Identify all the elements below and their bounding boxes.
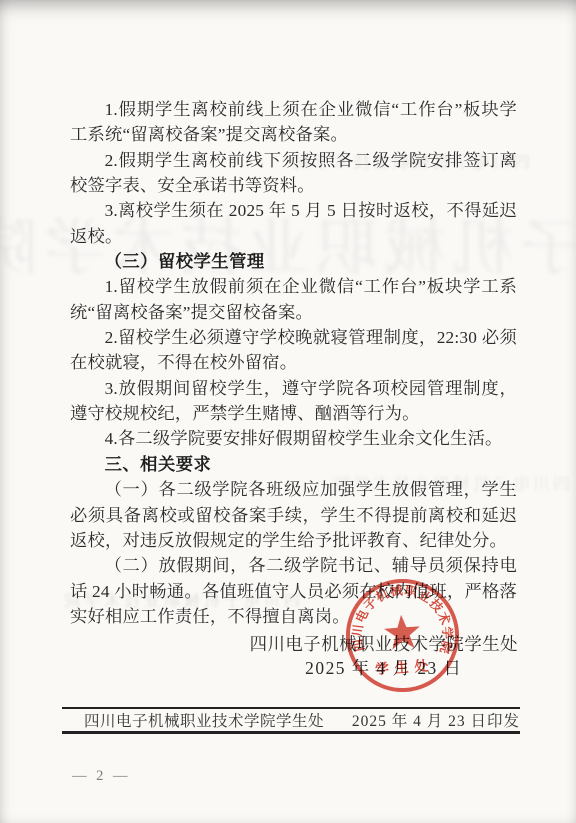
body-paragraph: （一）各二级学院各班级应加强学生放假管理，学生必须具备离校或留校备案手续，学生不… (70, 477, 517, 553)
official-seal: 四川电子机械职业技术学院 学生处 (339, 572, 466, 699)
body-paragraph: 3.离校学生须在 2025 年 5 月 5 日按时返校，不得延迟返校。 (70, 198, 517, 249)
body-paragraph: 1.假期学生离校前线上须在企业微信“工作台”板块学工系统“留离校备案”提交离校备… (70, 97, 517, 148)
page-number: — 2 — (72, 768, 131, 785)
document-body: 1.假期学生离校前线上须在企业微信“工作台”板块学工系统“留离校备案”提交离校备… (70, 97, 517, 629)
body-paragraph: 2.留校学生必须遵守学校晚就寝管理制度，22:30 必须在校就寝，不得在校外留宿… (70, 325, 517, 376)
body-paragraph: 2.假期学生离校前线下须按照各二级学院安排签订离校签字表、安全承诺书等资料。 (70, 148, 517, 199)
scanned-document-page: 四川电子机械职业技术学院 四川电子机械职业技术学院 四川电子机械职业技术学院 四… (0, 0, 576, 823)
colophon-issuer: 四川电子机械职业技术学院学生处 (84, 709, 324, 731)
colophon-print-date: 2025 年 4 月 23 日印发 (352, 709, 520, 731)
body-paragraph: 4.各二级学院要安排好假期留校学生业余文化生活。 (70, 426, 517, 451)
colophon-bar: 四川电子机械职业技术学院学生处 2025 年 4 月 23 日印发 (62, 707, 520, 734)
section-heading: 三、相关要求 (70, 452, 517, 477)
body-paragraph: 3.放假期间留校学生，遵守学院各项校园管理制度，遵守校规校纪，严禁学生赌博、酗酒… (70, 376, 517, 427)
official-seal-icon: 四川电子机械职业技术学院 学生处 (339, 572, 466, 699)
seal-star-icon (383, 613, 421, 650)
body-paragraph: 1.留校学生放假前须在企业微信“工作台”板块学工系统“留离校备案”提交留校备案。 (70, 274, 517, 325)
seal-center-text: 学生处 (374, 657, 434, 677)
section-heading: （三）留校学生管理 (70, 249, 517, 274)
